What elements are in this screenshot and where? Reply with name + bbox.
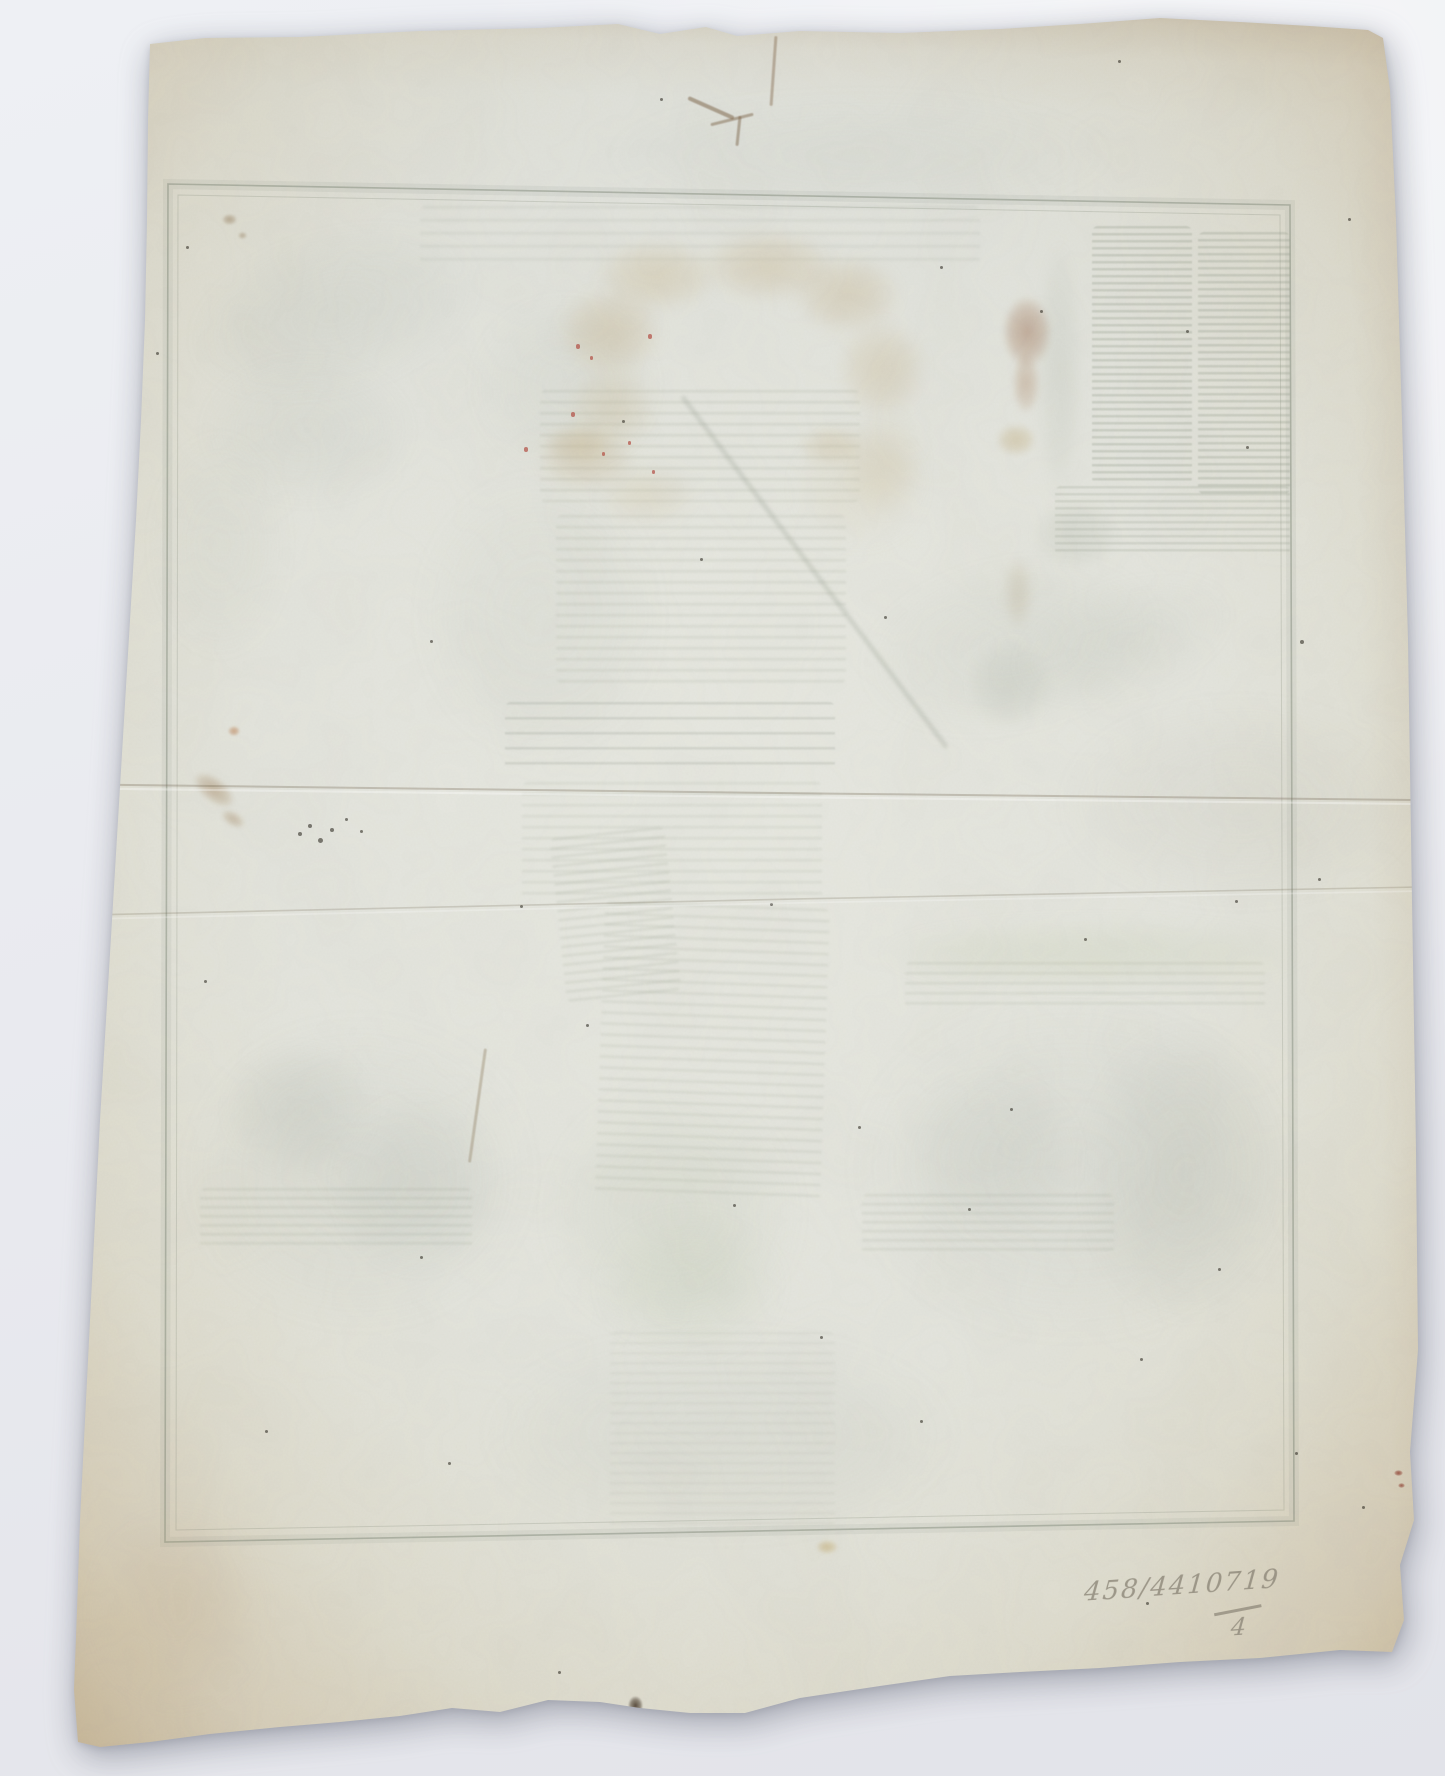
photo-background: 458/4410719 4 xyxy=(0,0,1445,1776)
paper-grain-texture xyxy=(0,0,1445,1776)
foxing-left-1 xyxy=(56,554,88,618)
paper-sheet: 458/4410719 4 xyxy=(0,0,1445,1776)
paper-sheet-shadow: 458/4410719 4 xyxy=(0,0,1445,1776)
foxing-left-2 xyxy=(84,608,104,634)
annotation-denominator: 4 xyxy=(1230,1612,1248,1641)
foxing-left-3 xyxy=(46,734,92,832)
inventory-annotation: 458/4410719 4 xyxy=(1083,1563,1299,1667)
